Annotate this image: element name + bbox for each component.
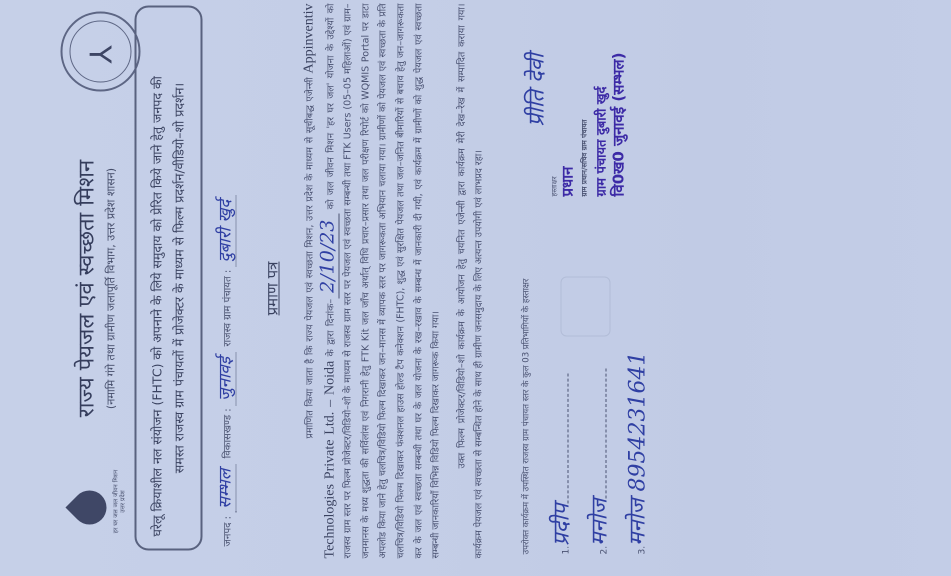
body-date-label: के द्वारा दिनांक– (325, 298, 336, 356)
participant-row: 2.मनोज (583, 224, 621, 554)
subject-box: घरेलू क्रियाशील नल संयोजन (FHTC) को अपना… (134, 5, 202, 550)
stamp-line-2: ग्राम पंचायत दुबारी खुर्द (593, 6, 610, 196)
page-subtitle: (नमामि गंगे तथा ग्रामीण जलापूर्ति विभाग,… (103, 0, 118, 576)
page-title: राज्य पेयजल एवं स्वच्छता मिशन (70, 0, 100, 576)
participant-row: 1.प्रदीप (545, 224, 583, 554)
participants-list: 1.प्रदीप2.मनोज3.मनोज 8954231641 (545, 224, 659, 554)
certificate-title: प्रमाण पत्र (262, 0, 282, 576)
faint-mark (560, 276, 610, 336)
panchayat-value: दुबारी खुर्द (215, 195, 236, 266)
stamp-line-3: वि0ख0 जुनावई (सम्भल) (610, 6, 627, 196)
certificate-body: प्रमाणित किया जाता है कि राज्य पेयजल एवं… (300, 3, 488, 558)
participant-number: 1. (561, 545, 571, 554)
subject-line-1: घरेलू क्रियाशील नल संयोजन (FHTC) को अपना… (146, 19, 168, 536)
role-label: ग्राम प्रधान/सचिव ग्राम पंचायत (576, 6, 593, 196)
panchayat-label: राजस्व ग्राम पंचायत : (222, 269, 233, 346)
subject-line-2: समस्त राजस्व ग्राम पंचायतों में प्रोजेक्… (168, 19, 190, 536)
district-label: जनपद : (222, 515, 233, 546)
participant-number: 2. (599, 545, 609, 554)
document-photo: हर घर जल जल जीवन मिशन उत्तर प्रदेश ⅄ राज… (0, 0, 951, 576)
block-value: जुनावई (215, 352, 236, 404)
district-value: सम्भल (215, 464, 236, 512)
stamp-line-1: प्रधान (559, 6, 576, 196)
participant-signature: मनोज 8954231641 (625, 351, 650, 545)
body-paragraph-2: उक्त फिल्म प्रोजेक्टर/विडियो–शो कार्यक्र… (453, 3, 488, 558)
signature-block: प्रीति देवी हस्ताक्षर प्रधान ग्राम प्रधा… (520, 6, 627, 196)
participant-row: 3.मनोज 8954231641 (621, 224, 659, 554)
body-intro: प्रमाणित किया जाता है कि राज्य पेयजल एवं… (304, 77, 315, 438)
signature-line (567, 373, 568, 503)
handwritten-signature: प्रीति देवी (520, 6, 550, 196)
pradhan-stamp: प्रधान ग्राम प्रधान/सचिव ग्राम पंचायत ग्… (559, 6, 627, 196)
date-value: 2/10/23 (316, 213, 339, 298)
location-row: जनपद : सम्भल विकासखण्ड : जुनावई राजस्व ग… (212, 6, 235, 546)
body-text: को जल जीवन मिशन 'हर घर जल' योजना के उद्द… (325, 3, 442, 558)
participant-number: 3. (637, 545, 647, 554)
participant-signature: प्रदीप (549, 503, 574, 545)
block-label: विकासखण्ड : (222, 408, 233, 458)
signature-line (605, 368, 606, 498)
certificate-page: हर घर जल जल जीवन मिशन उत्तर प्रदेश ⅄ राज… (0, 0, 951, 576)
participant-signature: मनोज (587, 498, 612, 545)
participants-intro: उपरोक्त कार्यक्रम में उपस्थित राजस्व ग्र… (520, 234, 532, 554)
